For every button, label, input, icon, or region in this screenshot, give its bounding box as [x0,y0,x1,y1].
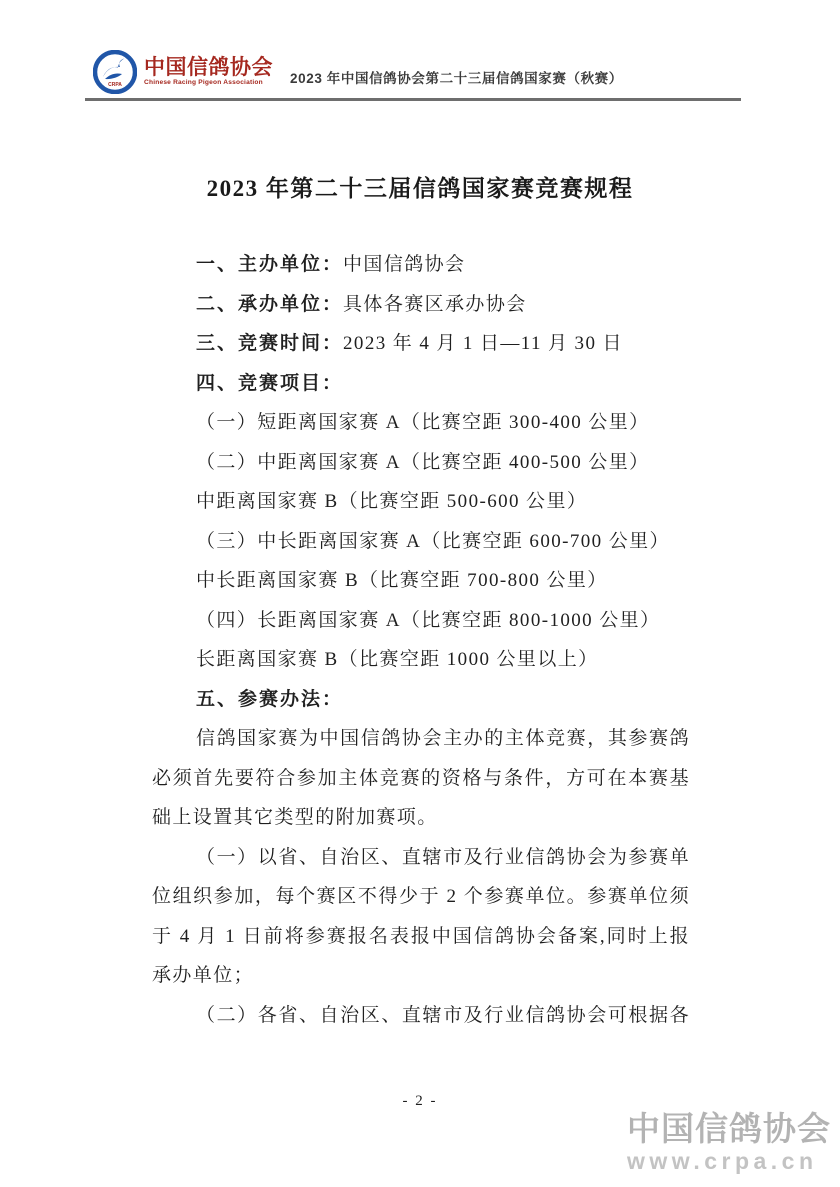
text-line: 中距离国家赛 B（比赛空距 500-600 公里） [152,482,690,522]
text-line: 位组织参加，每个赛区不得少于 2 个参赛单位。参赛单位须 [152,877,690,917]
watermark-org-name: 中国信鸽协会 [627,1112,831,1145]
line-label: 四、竞赛项目： [196,373,343,394]
line-text: （一）短距离国家赛 A（比赛空距 300-400 公里） [196,412,650,433]
watermark-url: www.crpa.cn [627,1150,831,1173]
logo-org-name-en: Chinese Racing Pigeon Association [144,79,273,87]
line-label: 三、竞赛时间： [196,333,343,354]
text-line: 五、参赛办法： [152,680,690,720]
line-text: （三）中长距离国家赛 A（比赛空距 600-700 公里） [196,531,670,552]
header-divider [85,98,741,101]
header-event-title: 2023 年中国信鸽协会第二十三届信鸽国家赛（秋赛） [290,67,623,87]
line-label: 五、参赛办法： [196,689,343,710]
line-text: 承办单位； [152,965,254,986]
line-text: （二）中距离国家赛 A（比赛空距 400-500 公里） [196,452,650,473]
watermark: 中国信鸽协会 www.crpa.cn [627,1112,831,1173]
text-line: 中长距离国家赛 B（比赛空距 700-800 公里） [152,561,690,601]
emblem-abbr-text: CRPA [108,82,122,88]
text-line: 一、主办单位：中国信鸽协会 [152,245,690,285]
line-text: 础上设置其它类型的附加赛项。 [152,807,438,828]
text-line: 承办单位； [152,956,690,996]
line-text: 2023 年 4 月 1 日—11 月 30 日 [343,333,623,354]
logo-org-name-cn: 中国信鸽协会 [144,57,273,79]
text-line: （三）中长距离国家赛 A（比赛空距 600-700 公里） [152,522,690,562]
line-text: 于 4 月 1 日前将参赛报名表报中国信鸽协会备案,同时上报 [152,926,690,947]
line-text: （一）以省、自治区、直辖市及行业信鸽协会为参赛单 [196,847,690,868]
line-text: 信鸽国家赛为中国信鸽协会主办的主体竞赛，其参赛鸽 [196,728,690,749]
line-text: （二）各省、自治区、直辖市及行业信鸽协会可根据各 [196,1005,690,1026]
line-text: （四）长距离国家赛 A（比赛空距 800-1000 公里） [196,610,660,631]
text-line: （一）以省、自治区、直辖市及行业信鸽协会为参赛单 [152,838,690,878]
logo-text-block: 中国信鸽协会 Chinese Racing Pigeon Association [144,57,273,87]
header: CRPA 中国信鸽协会 Chinese Racing Pigeon Associ… [93,50,755,94]
text-line: 础上设置其它类型的附加赛项。 [152,798,690,838]
text-line: 长距离国家赛 B（比赛空距 1000 公里以上） [152,640,690,680]
line-text: 中距离国家赛 B（比赛空距 500-600 公里） [196,491,587,512]
text-line: （一）短距离国家赛 A（比赛空距 300-400 公里） [152,403,690,443]
line-text: 具体各赛区承办协会 [343,294,527,315]
text-line: （四）长距离国家赛 A（比赛空距 800-1000 公里） [152,601,690,641]
text-line: 四、竞赛项目： [152,364,690,404]
text-line: （二）中距离国家赛 A（比赛空距 400-500 公里） [152,443,690,483]
text-line: 于 4 月 1 日前将参赛报名表报中国信鸽协会备案,同时上报 [152,917,690,957]
line-text: 中国信鸽协会 [343,254,465,275]
line-text: 长距离国家赛 B（比赛空距 1000 公里以上） [196,649,599,670]
crpa-emblem-icon: CRPA [93,50,137,94]
text-line: 信鸽国家赛为中国信鸽协会主办的主体竞赛，其参赛鸽 [152,719,690,759]
text-line: （二）各省、自治区、直辖市及行业信鸽协会可根据各 [152,996,690,1036]
line-text: 位组织参加，每个赛区不得少于 2 个参赛单位。参赛单位须 [152,886,690,907]
crpa-logo: CRPA 中国信鸽协会 Chinese Racing Pigeon Associ… [93,50,273,94]
line-label: 二、承办单位： [196,294,343,315]
line-text: 中长距离国家赛 B（比赛空距 700-800 公里） [196,570,608,591]
page-number: - 2 - [0,1093,840,1110]
document-body: 一、主办单位：中国信鸽协会二、承办单位：具体各赛区承办协会三、竞赛时间：2023… [152,245,690,1035]
line-text: 必须首先要符合参加主体竞赛的资格与条件，方可在本赛基 [152,768,690,789]
text-line: 二、承办单位：具体各赛区承办协会 [152,285,690,325]
line-label: 一、主办单位： [196,254,343,275]
text-line: 必须首先要符合参加主体竞赛的资格与条件，方可在本赛基 [152,759,690,799]
text-line: 三、竞赛时间：2023 年 4 月 1 日—11 月 30 日 [152,324,690,364]
page-title: 2023 年第二十三届信鸽国家赛竞赛规程 [0,170,840,203]
document-page: CRPA 中国信鸽协会 Chinese Racing Pigeon Associ… [0,0,840,1187]
